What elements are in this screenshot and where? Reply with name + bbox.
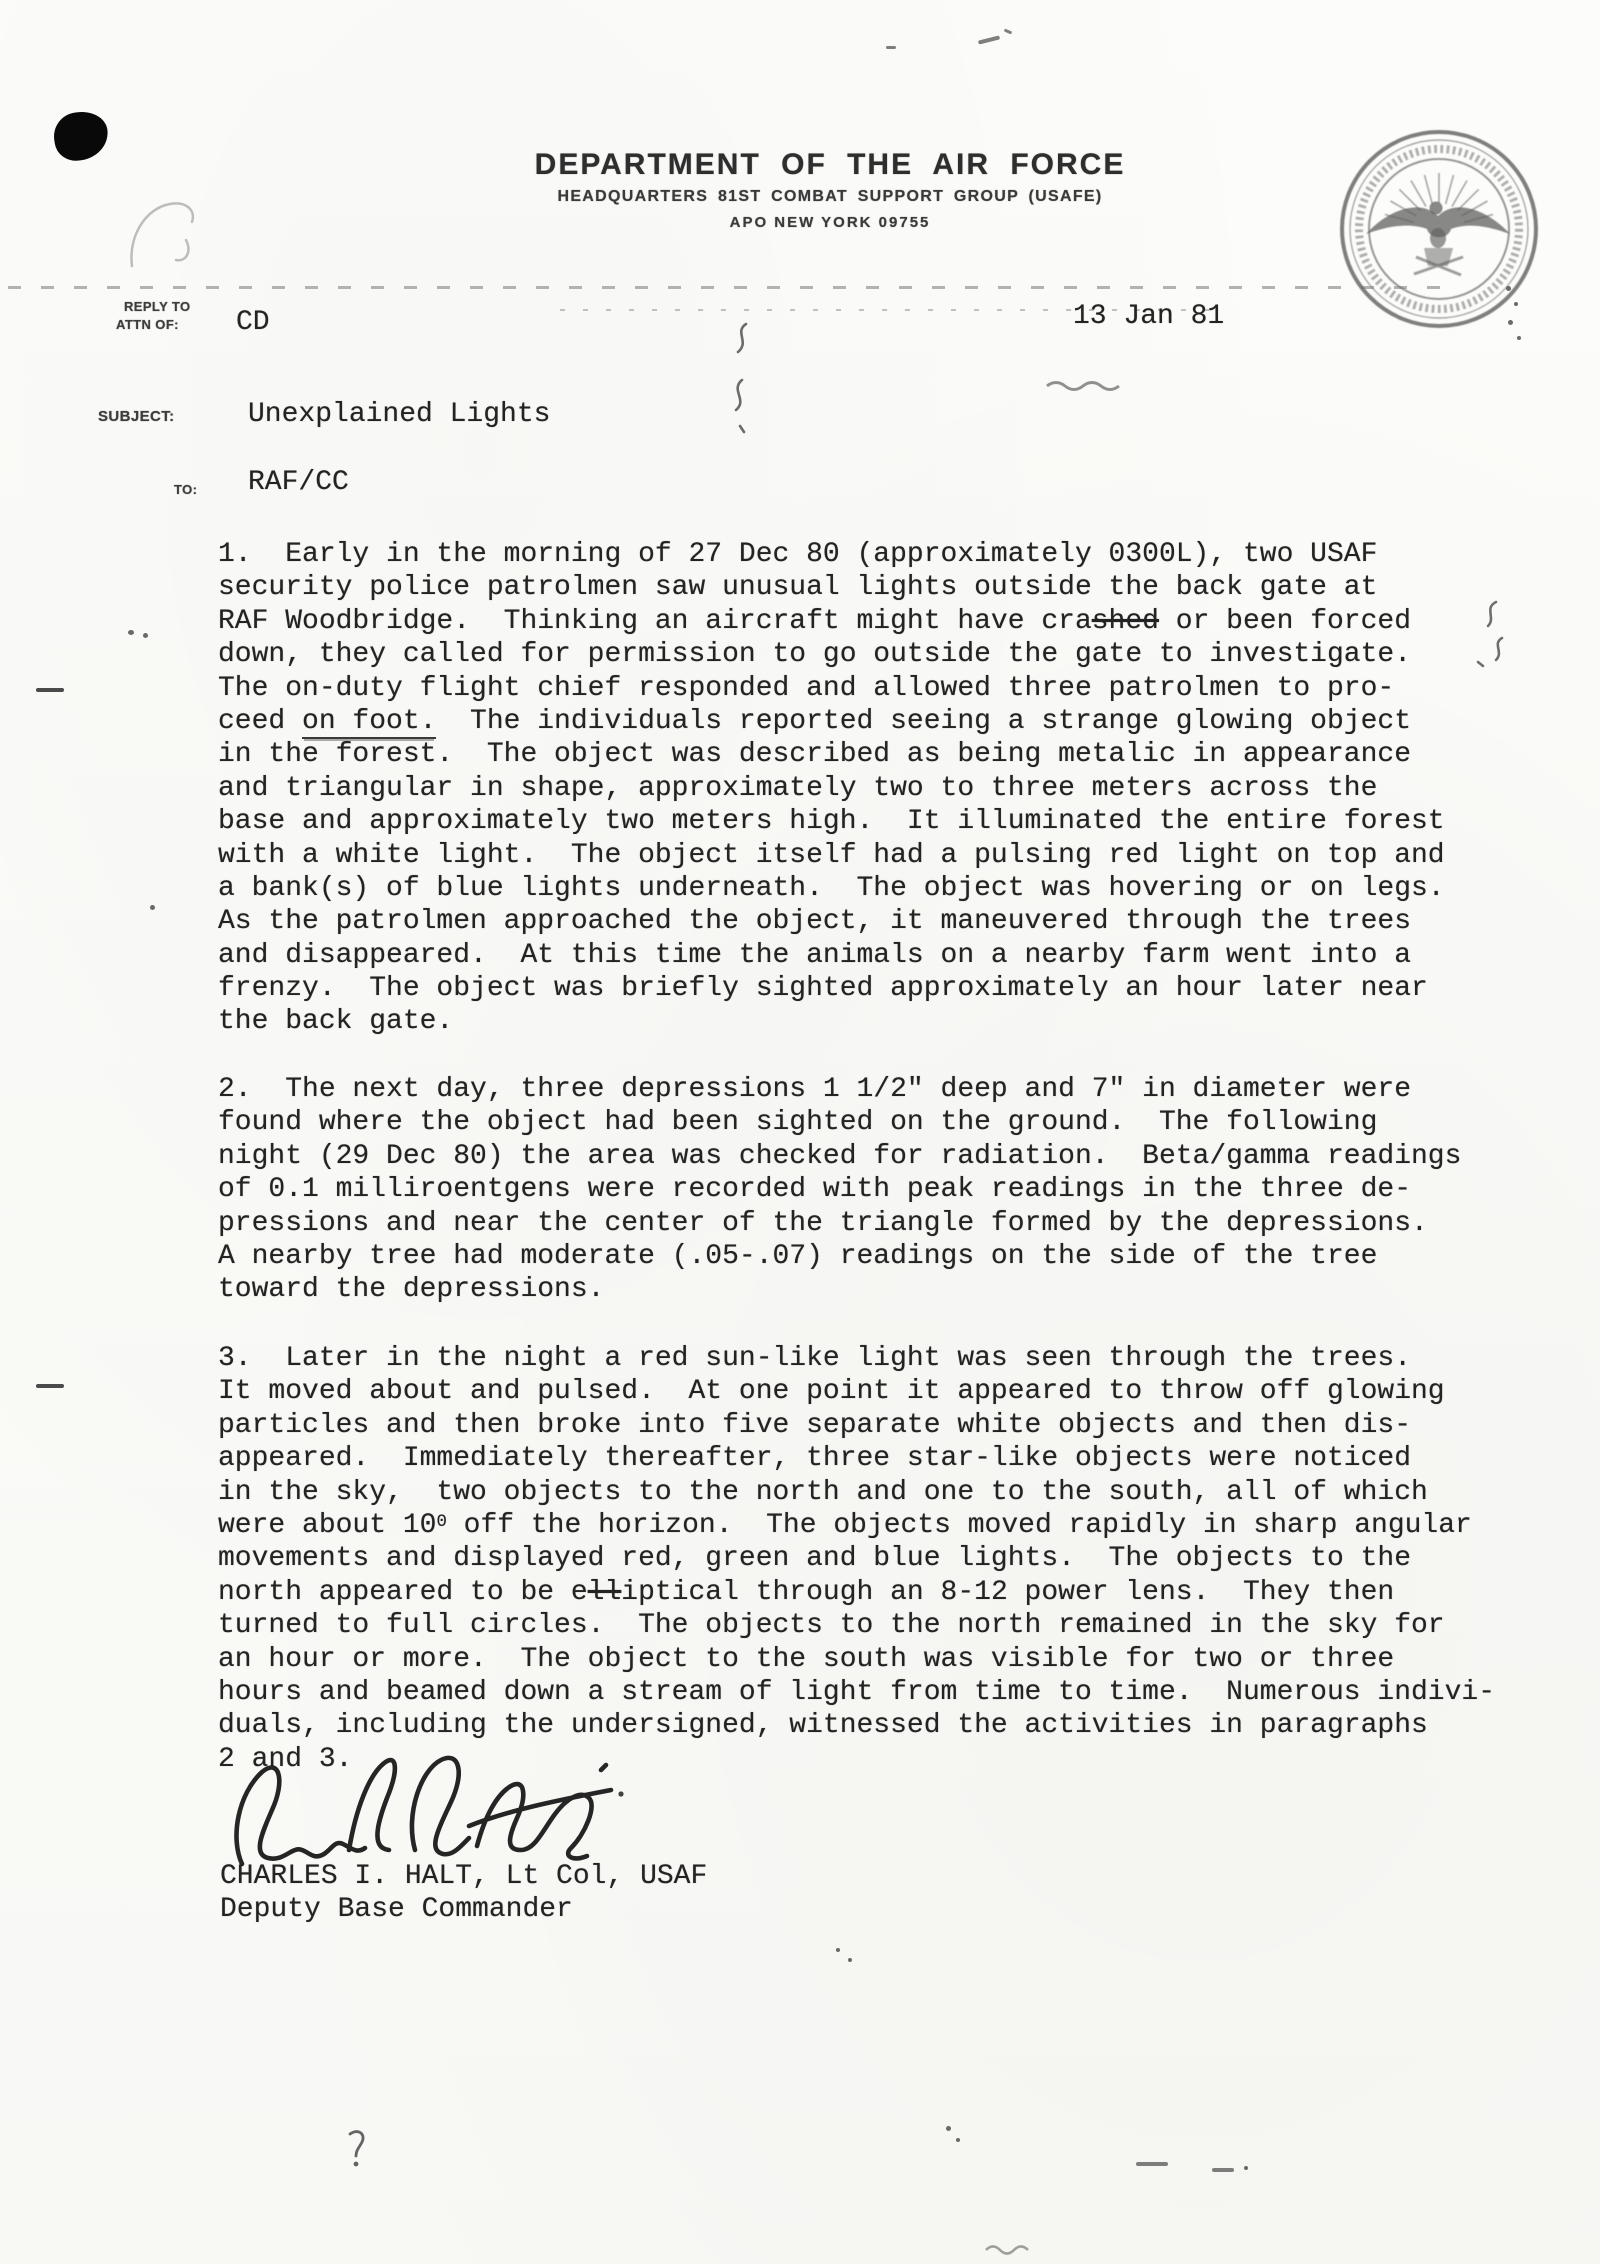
memo-line: hours and beamed down a stream of light … xyxy=(218,1676,1495,1709)
smudge-mark xyxy=(984,2242,1034,2256)
memo-line: As the patrolmen approached the object, … xyxy=(218,905,1445,938)
scan-speck xyxy=(143,633,148,638)
scan-speck xyxy=(848,1958,852,1962)
signer-title: Deputy Base Commander xyxy=(220,1893,573,1926)
pencil-mark xyxy=(722,318,762,438)
letterhead-address: APO NEW YORK 09755 xyxy=(330,214,1330,231)
scan-speck xyxy=(946,2126,951,2131)
memo-line: The on-duty flight chief responded and a… xyxy=(218,672,1445,705)
memo-line: the back gate. xyxy=(218,1005,1445,1038)
scan-speck xyxy=(1508,320,1513,325)
memo-line: A nearby tree had moderate (.05-.07) rea… xyxy=(218,1240,1461,1273)
memo-line: with a white light. The object itself ha… xyxy=(218,839,1445,872)
scan-speck xyxy=(1004,29,1013,35)
struck-letters: ll xyxy=(588,1577,622,1608)
scan-speck xyxy=(836,1948,840,1952)
scan-speck xyxy=(1136,2162,1168,2166)
memo-line: toward the depressions. xyxy=(218,1273,1461,1306)
memo-line: were about 100 off the horizon. The obje… xyxy=(218,1509,1495,1542)
memo-line: in the forest. The object was described … xyxy=(218,738,1445,771)
memo-line: and disappeared. At this time the animal… xyxy=(218,939,1445,972)
margin-dash xyxy=(36,688,64,692)
signer-name: CHARLES I. HALT, Lt Col, USAF xyxy=(220,1860,707,1893)
scan-speck xyxy=(978,35,1000,44)
memo-line: down, they called for permission to go o… xyxy=(218,638,1445,671)
paragraph-3: 3. Later in the night a red sun-like lig… xyxy=(218,1342,1495,1776)
paragraph-2: 2. The next day, three depressions 1 1/2… xyxy=(218,1073,1461,1307)
memo-line: a bank(s) of blue lights underneath. The… xyxy=(218,872,1445,905)
to-label: TO: xyxy=(174,482,197,497)
scan-fold-line xyxy=(8,286,1452,289)
memo-line: appeared. Immediately thereafter, three … xyxy=(218,1442,1495,1475)
scan-speck xyxy=(1517,336,1521,340)
memo-line: movements and displayed red, green and b… xyxy=(218,1542,1495,1575)
scan-speck xyxy=(1244,2166,1248,2170)
memo-line: pressions and near the center of the tri… xyxy=(218,1207,1461,1240)
memo-line: It moved about and pulsed. At one point … xyxy=(218,1375,1495,1408)
memo-line: night (29 Dec 80) the area was checked f… xyxy=(218,1140,1461,1173)
struck-word: shed xyxy=(1092,606,1159,637)
air-force-seal-icon xyxy=(1336,126,1542,332)
letterhead-headquarters: HEADQUARTERS 81ST COMBAT SUPPORT GROUP (… xyxy=(330,188,1330,206)
memo-line: of 0.1 milliroentgens were recorded with… xyxy=(218,1173,1461,1206)
reply-to-label: REPLY TO xyxy=(124,299,191,314)
handwritten-signature xyxy=(228,1744,628,1876)
memo-line: RAF Woodbridge. Thinking an aircraft mig… xyxy=(218,605,1445,638)
memo-line: duals, including the undersigned, witnes… xyxy=(218,1709,1495,1742)
memo-line: 1. Early in the morning of 27 Dec 80 (ap… xyxy=(218,538,1445,571)
memo-line: 2. The next day, three depressions 1 1/2… xyxy=(218,1073,1461,1106)
pencil-mark xyxy=(1466,598,1518,668)
scan-speck xyxy=(886,46,896,49)
memo-line: ceed on foot. The individuals reported s… xyxy=(218,705,1445,738)
memo-line: security police patrolmen saw unusual li… xyxy=(218,571,1445,604)
memo-line: 3. Later in the night a red sun-like lig… xyxy=(218,1342,1495,1375)
scan-speck xyxy=(128,630,134,635)
scan-speck xyxy=(1212,2168,1234,2172)
to-value: RAF/CC xyxy=(248,466,349,499)
memo-line: north appeared to be elliptical through … xyxy=(218,1576,1495,1609)
scan-speck xyxy=(1506,286,1511,291)
subject-value: Unexplained Lights xyxy=(248,398,550,431)
memo-line: in the sky, two objects to the north and… xyxy=(218,1476,1495,1509)
scan-speck xyxy=(150,905,155,910)
letterhead-department: DEPARTMENT OF THE AIR FORCE xyxy=(330,148,1330,182)
smudge-mark xyxy=(1045,378,1125,392)
memo-line: base and approximately two meters high. … xyxy=(218,805,1445,838)
memo-line: turned to full circles. The objects to t… xyxy=(218,1609,1495,1642)
paragraph-1: 1. Early in the morning of 27 Dec 80 (ap… xyxy=(218,538,1445,1039)
ink-blot xyxy=(51,108,111,163)
memo-line: found where the object had been sighted … xyxy=(218,1106,1461,1139)
pencil-mark xyxy=(126,196,222,280)
date: 13 Jan 81 xyxy=(1073,300,1224,333)
scan-speck xyxy=(1514,302,1518,306)
office-symbol: CD xyxy=(236,306,270,339)
attn-of-label: ATTN OF: xyxy=(116,317,179,332)
underlined-phrase: on foot. xyxy=(302,706,436,739)
pencil-mark xyxy=(344,2128,370,2170)
memo-line: frenzy. The object was briefly sighted a… xyxy=(218,972,1445,1005)
memo-line: particles and then broke into five separ… xyxy=(218,1409,1495,1442)
scan-speck xyxy=(956,2138,960,2142)
margin-dash xyxy=(36,1384,64,1388)
memo-line: and triangular in shape, approximately t… xyxy=(218,772,1445,805)
memo-document: DEPARTMENT OF THE AIR FORCE HEADQUARTERS… xyxy=(0,0,1600,2264)
degree-superscript: 0 xyxy=(436,1513,446,1532)
memo-line: an hour or more. The object to the south… xyxy=(218,1643,1495,1676)
subject-label: SUBJECT: xyxy=(98,408,175,425)
